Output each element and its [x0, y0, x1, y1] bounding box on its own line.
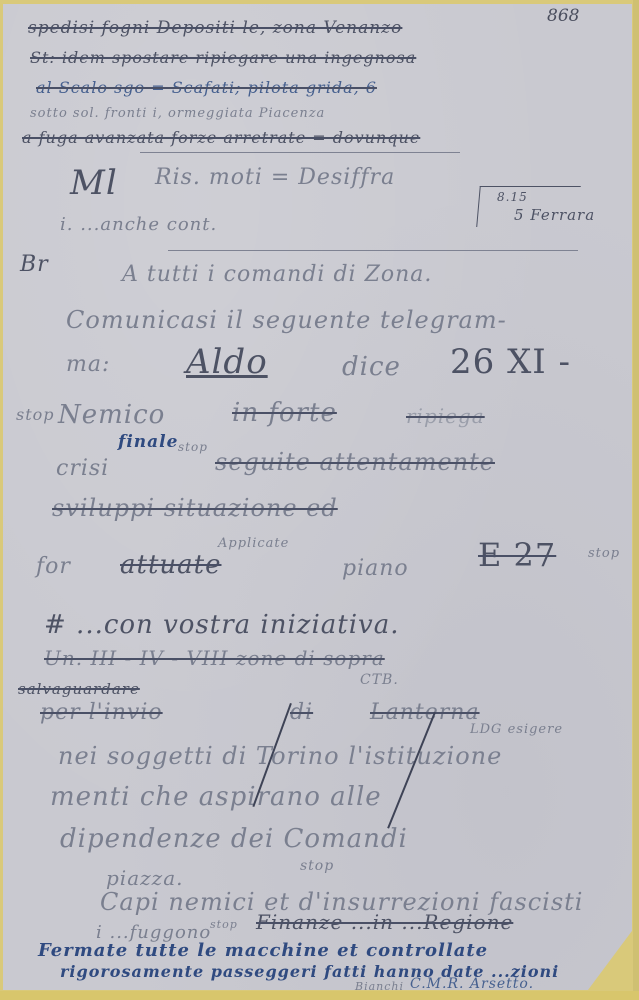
insert-stop-small: stop [178, 440, 208, 454]
divider-line [140, 152, 460, 153]
struck-zone-line: Un. III - IV - VIII zone di sopra [44, 646, 385, 670]
word-crisi: crisi [56, 456, 109, 481]
header-line-3: al Scalo sgo = Scafati; pilota grida, 6 [36, 78, 377, 97]
heading-to-zone-commands: A tutti i comandi di Zona. [122, 262, 432, 287]
header-line-5: a fuga avanzata forze arretrate = dovunq… [22, 128, 420, 147]
footer-fermate-macchine: Fermate tutte le macchine et controllate [38, 940, 488, 961]
insert-esigere: LDG esigere [470, 722, 563, 737]
header-line-2: St: idem spostare ripiegare una ingegnos… [30, 48, 416, 67]
struck-finanze-line: Finanze ...in ...Regione [256, 910, 513, 934]
header-line-1: spedisi fogni Depositi le, zona Venanzo [28, 18, 402, 38]
page-number: 868 [547, 6, 579, 26]
line-aspirano: menti che aspirano alle [50, 782, 382, 812]
header-line-4: sotto sol. fronti i, ormeggiata Piacenza [30, 106, 325, 121]
margin-stop: stop [16, 405, 55, 424]
struck-in-forte: in forte [232, 398, 337, 428]
line-piazza: piazza. [106, 866, 183, 890]
line-soggetti-torino: nei soggetti di Torino l'istituzione [58, 742, 502, 770]
intro-line-2: ma: [66, 352, 110, 377]
section1-line-1: Ris. moti = Desiffra [155, 165, 395, 190]
divider-line-2 [168, 250, 578, 251]
intro-line: Comunicasi il seguente telegram- [66, 306, 507, 334]
margin-mark-br: Br [20, 252, 49, 277]
line-dipendenze: dipendenze dei Comandi [60, 824, 408, 854]
struck-seguite-attentamente: seguite attentamente [215, 448, 495, 476]
signature-cmr: C.M.R. Arsetto. [410, 976, 534, 992]
note-ctb: CTB. [360, 672, 399, 688]
line-piazza-stop: stop [300, 858, 334, 874]
word-piano: piano [342, 556, 409, 581]
background-edge-bottom [0, 991, 639, 1000]
boxed-note-place: 5 Ferrara [514, 206, 595, 224]
struck-lanterna: Lanterna [370, 700, 480, 725]
struck-di: di [290, 700, 313, 725]
signature-bianchi: Bianchi [355, 980, 404, 993]
plan-code-e27: E 27 [478, 536, 556, 574]
insert-stop-bottom: stop [210, 918, 238, 931]
word-nemico: Nemico [58, 400, 165, 430]
telegram-date: 26 XI - [450, 342, 571, 382]
section1-line-2: i. ...anche cont. [60, 214, 217, 235]
boxed-note-time: 8.15 [497, 190, 528, 204]
margin-struck-word: salvaguardare [18, 680, 140, 698]
struck-ripiega: ripiega [406, 404, 485, 428]
ink-insert-finale: finale [118, 432, 178, 452]
insert-applicate: Applicate [218, 536, 289, 551]
line-per-invio: per l'invio [40, 700, 163, 725]
line-vostra-iniziativa: # ...con vostra iniziativa. [44, 610, 400, 640]
word-stop: stop [588, 546, 620, 561]
verb-dice: dice [342, 352, 401, 382]
margin-mark-ml: Ml [70, 163, 118, 203]
background-edge-right [633, 0, 639, 1000]
struck-sviluppi-situazione: sviluppi situazione ed [52, 494, 338, 522]
sender-name: Aldo [186, 342, 268, 382]
word-for: for [36, 554, 71, 579]
struck-attuate: attuate [120, 550, 221, 580]
